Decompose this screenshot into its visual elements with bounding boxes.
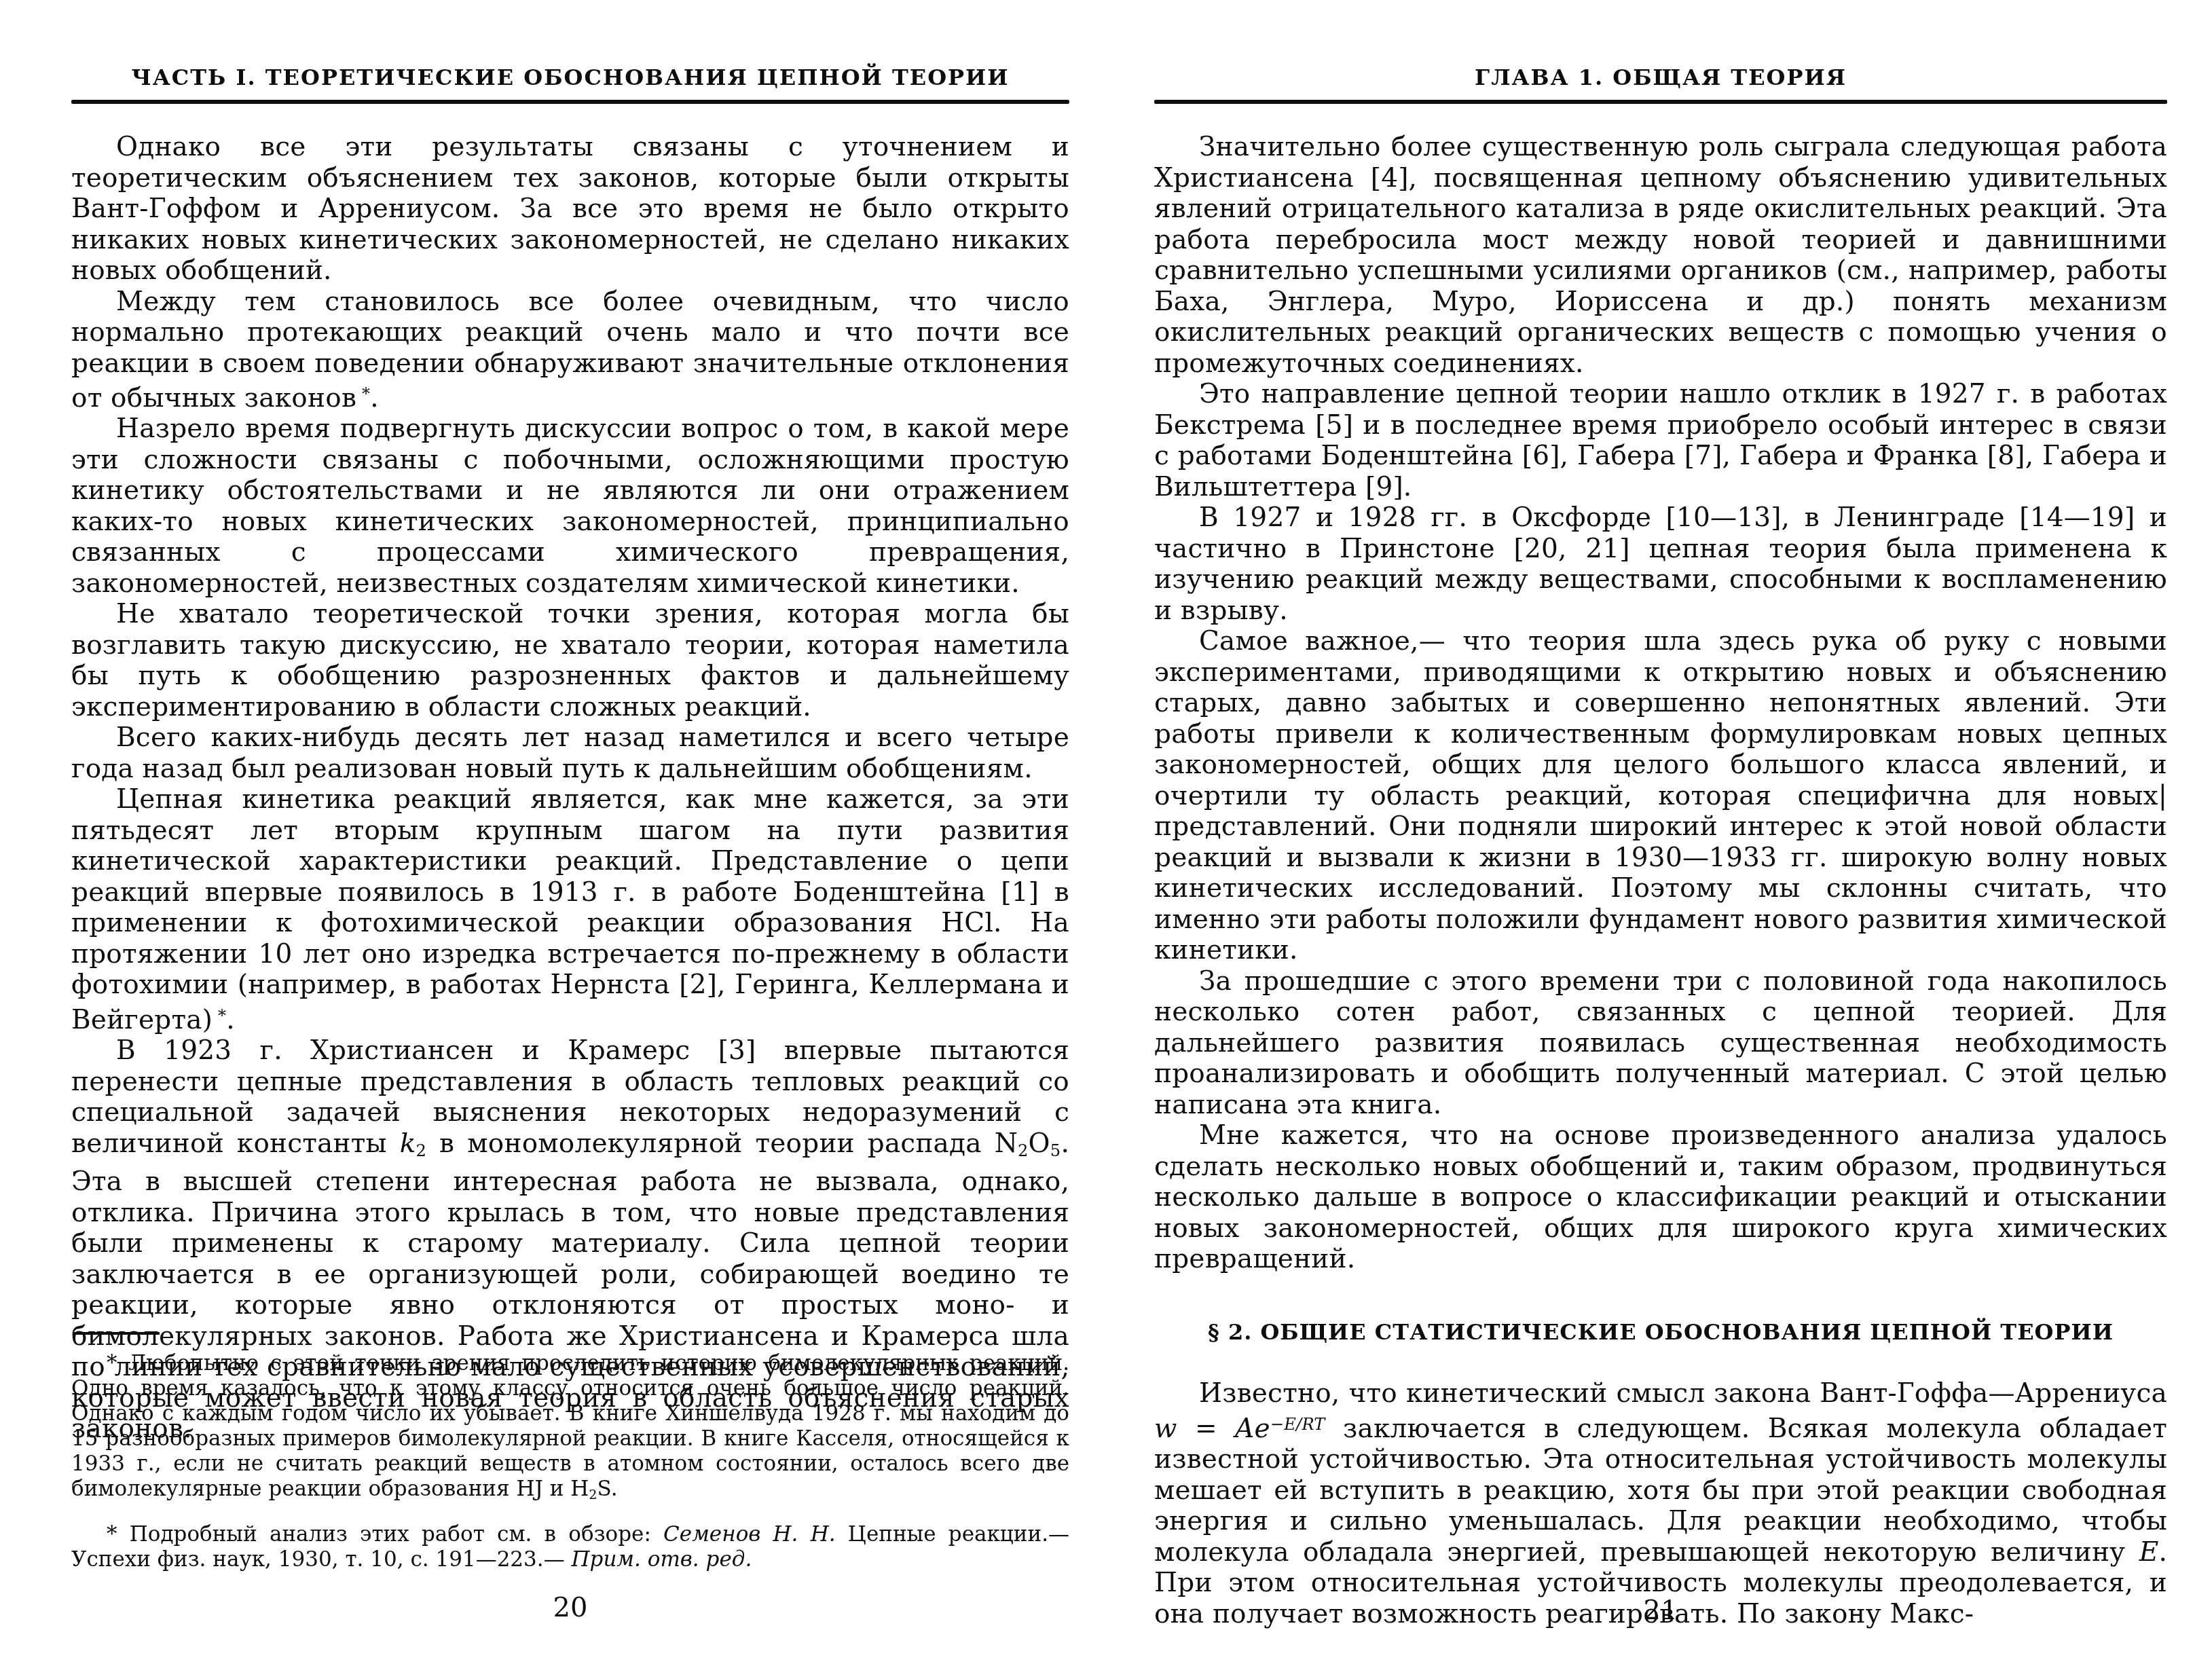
page-number-right: 21 bbox=[1154, 1597, 2167, 1624]
book-spread: ЧАСТЬ I. ТЕОРЕТИЧЕСКИЕ ОБОСНОВАНИЯ ЦЕПНО… bbox=[0, 0, 2212, 1664]
paragraph: Самое важное,— что теория шла здесь рука… bbox=[1154, 626, 2167, 966]
paragraph: Мне кажется, что на основе произведенног… bbox=[1154, 1120, 2167, 1275]
paragraph: Цепная кинетика реакций является, как мн… bbox=[71, 784, 1069, 1035]
running-head-left: ЧАСТЬ I. ТЕОРЕТИЧЕСКИЕ ОБОСНОВАНИЯ ЦЕПНО… bbox=[71, 67, 1069, 88]
header-rule-left bbox=[71, 100, 1069, 104]
paragraph: Назрело время подвергнуть дискуссии вопр… bbox=[71, 413, 1069, 599]
footnote-separator-rule bbox=[73, 1332, 160, 1335]
right-page: ГЛАВА 1. ОБЩАЯ ТЕОРИЯ Значительно более … bbox=[1154, 0, 2167, 1664]
section-heading: § 2. ОБЩИЕ СТАТИСТИЧЕСКИЕ ОБОСНОВАНИЯ ЦЕ… bbox=[1154, 1320, 2167, 1345]
page-number-left: 20 bbox=[71, 1594, 1069, 1621]
paragraph: За прошедшие с этого времени три с полов… bbox=[1154, 966, 2167, 1121]
paragraph: Это направление цепной теории нашло откл… bbox=[1154, 379, 2167, 502]
paragraph: Значительно более существенную роль сыгр… bbox=[1154, 132, 2167, 379]
header-rule-right bbox=[1154, 100, 2167, 104]
running-head-right: ГЛАВА 1. ОБЩАЯ ТЕОРИЯ bbox=[1154, 67, 2167, 88]
paragraph: Не хватало теоретической точки зрения, к… bbox=[71, 599, 1069, 722]
paragraph: Известно, что кинетический смысл закона … bbox=[1154, 1378, 2167, 1629]
footnote: * Подробный анализ этих работ см. в обзо… bbox=[71, 1522, 1069, 1572]
paragraph: Всего каких-нибудь десять лет назад наме… bbox=[71, 722, 1069, 784]
footnotes-block: * Любопытно с этой точки зрения проследи… bbox=[71, 1351, 1069, 1572]
left-page: ЧАСТЬ I. ТЕОРЕТИЧЕСКИЕ ОБОСНОВАНИЯ ЦЕПНО… bbox=[71, 0, 1069, 1664]
footnote: * Любопытно с этой точки зрения проследи… bbox=[71, 1351, 1069, 1507]
paragraph: В 1927 и 1928 гг. в Оксфорде [10—13], в … bbox=[1154, 502, 2167, 626]
paragraph: Однако все эти результаты связаны с уточ… bbox=[71, 132, 1069, 286]
right-page-body: Значительно более существенную роль сыгр… bbox=[1154, 132, 2167, 1629]
paragraph: Между тем становилось все более очевидны… bbox=[71, 286, 1069, 414]
left-page-body: Однако все эти результаты связаны с уточ… bbox=[71, 132, 1069, 1445]
